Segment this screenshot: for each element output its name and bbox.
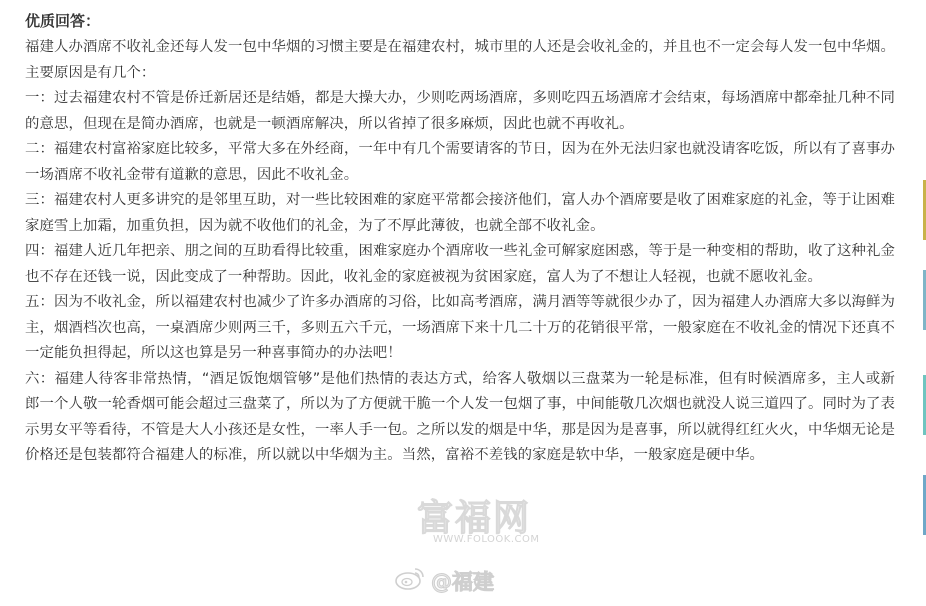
reason-6: 六：福建人待客非常热情，“酒足饭饱烟管够”是他们热情的表达方式，给客人敬烟以三盘…: [25, 367, 895, 469]
answer-intro: 福建人办酒席不收礼金还每人发一包中华烟的习惯主要是在福建农村，城市里的人还是会收…: [25, 35, 895, 86]
answer-article: 优质回答： 福建人办酒席不收礼金还每人发一包中华烟的习惯主要是在福建农村，城市里…: [25, 8, 895, 469]
reason-2: 二：福建农村富裕家庭比较多，平常大多在外经商，一年中有几个需要请客的节日，因为在…: [25, 137, 895, 188]
weibo-icon: [395, 566, 425, 590]
reason-1: 一：过去福建农村不管是侨迁新居还是结婚，都是大操大办，少则吃两场酒席，多则吃四五…: [25, 86, 895, 137]
watermark-logo-text: 富福网: [417, 490, 531, 541]
watermark: 富福网 WWW.FOLOOK.COM @福建: [395, 490, 575, 600]
reason-3: 三：福建农村人更多讲究的是邻里互助，对一些比较困难的家庭平常都会接济他们，富人办…: [25, 188, 895, 239]
answer-heading: 优质回答：: [25, 8, 895, 35]
reason-4: 四：福建人近几年把亲、朋之间的互助看得比较重，困难家庭办个酒席收一些礼金可解家庭…: [25, 239, 895, 290]
watermark-url: WWW.FOLOOK.COM: [433, 534, 540, 545]
watermark-weibo-handle: @福建: [431, 566, 494, 596]
reason-5: 五：因为不收礼金，所以福建农村也减少了许多办酒席的习俗，比如高考酒席，满月酒等等…: [25, 290, 895, 367]
